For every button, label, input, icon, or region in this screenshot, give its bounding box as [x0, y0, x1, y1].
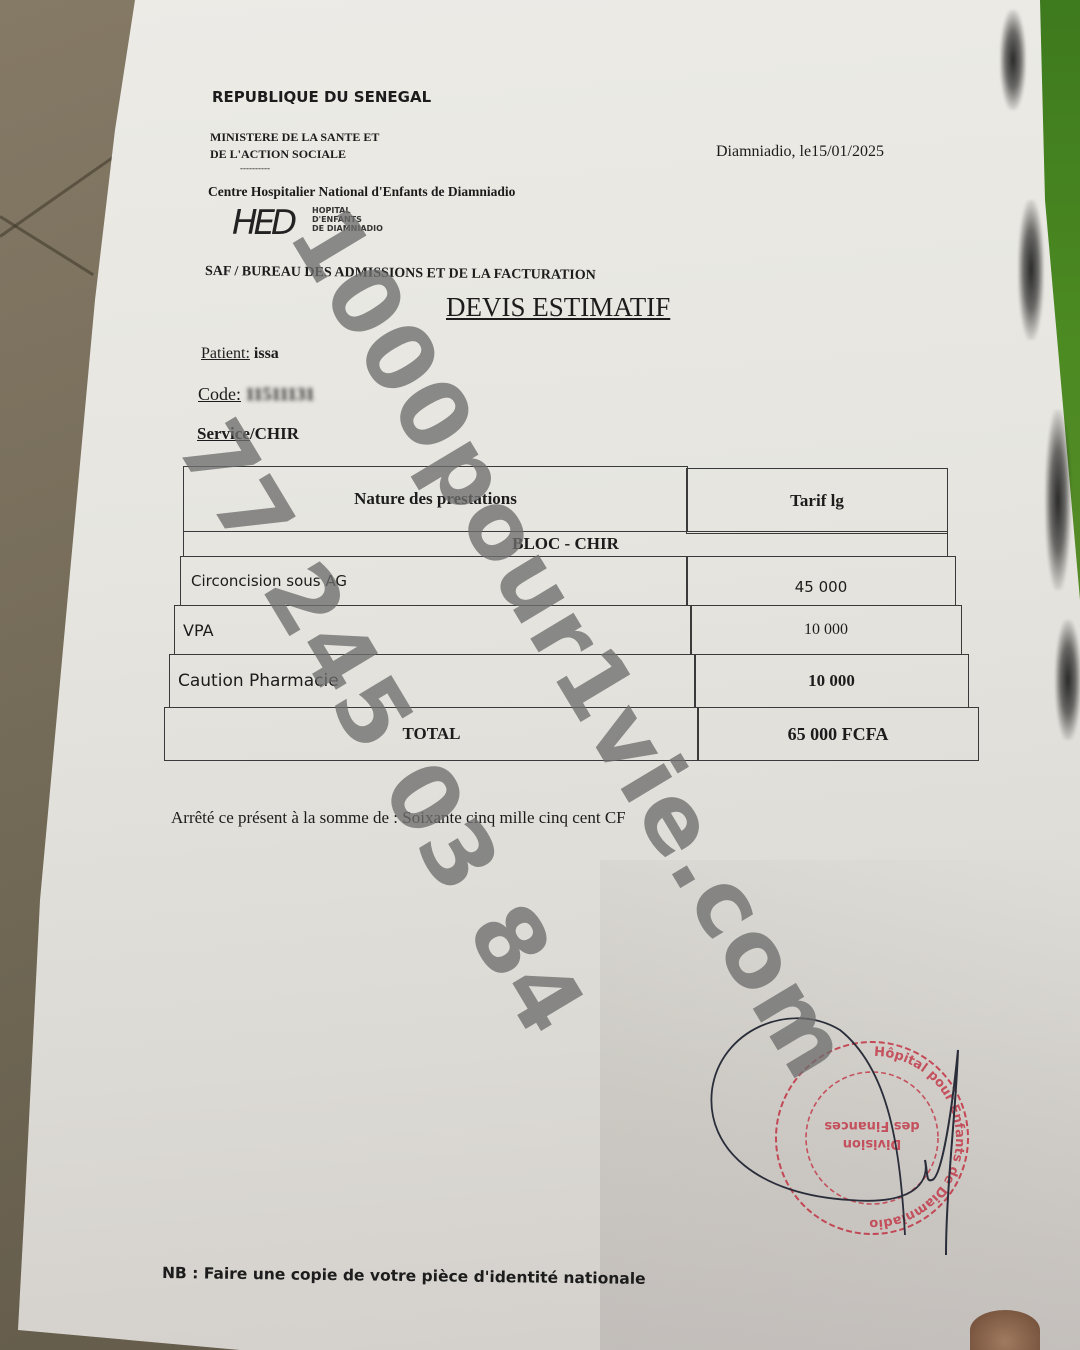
ministry-line1: MINISTERE DE LA SANTE ET [210, 130, 379, 145]
table-row-tarif: 10 000 [694, 654, 969, 708]
patient-value: issa [254, 345, 279, 362]
document-title: DEVIS ESTIMATIF [446, 292, 670, 323]
header-tarif: Tarif lg [686, 468, 948, 534]
place-date: Diamniadio, le15/01/2025 [716, 143, 884, 161]
country-heading: REPUBLIQUE DU SENEGAL [212, 88, 431, 106]
code-value-obscured: 11511131 [246, 384, 315, 404]
table-row-tarif: 45 000 [686, 556, 956, 606]
finger [970, 1310, 1040, 1350]
total-value-cell: 65 000 FCFA [697, 707, 979, 761]
patient-label: Patient: [201, 345, 250, 362]
footer-note: NB : Faire une copie de votre pièce d'id… [162, 1264, 646, 1288]
patient-field: Patient: issa [201, 345, 279, 363]
table-row-tarif: 10 000 [690, 605, 962, 655]
document: REPUBLIQUE DU SENEGAL MINISTERE DE LA SA… [0, 0, 1080, 1350]
code-label: Code: [198, 384, 241, 404]
ministry-line2: DE L'ACTION SOCIALE [210, 147, 346, 162]
separator: ---------- [240, 163, 270, 173]
code-field: Code: 11511131 [198, 384, 315, 405]
